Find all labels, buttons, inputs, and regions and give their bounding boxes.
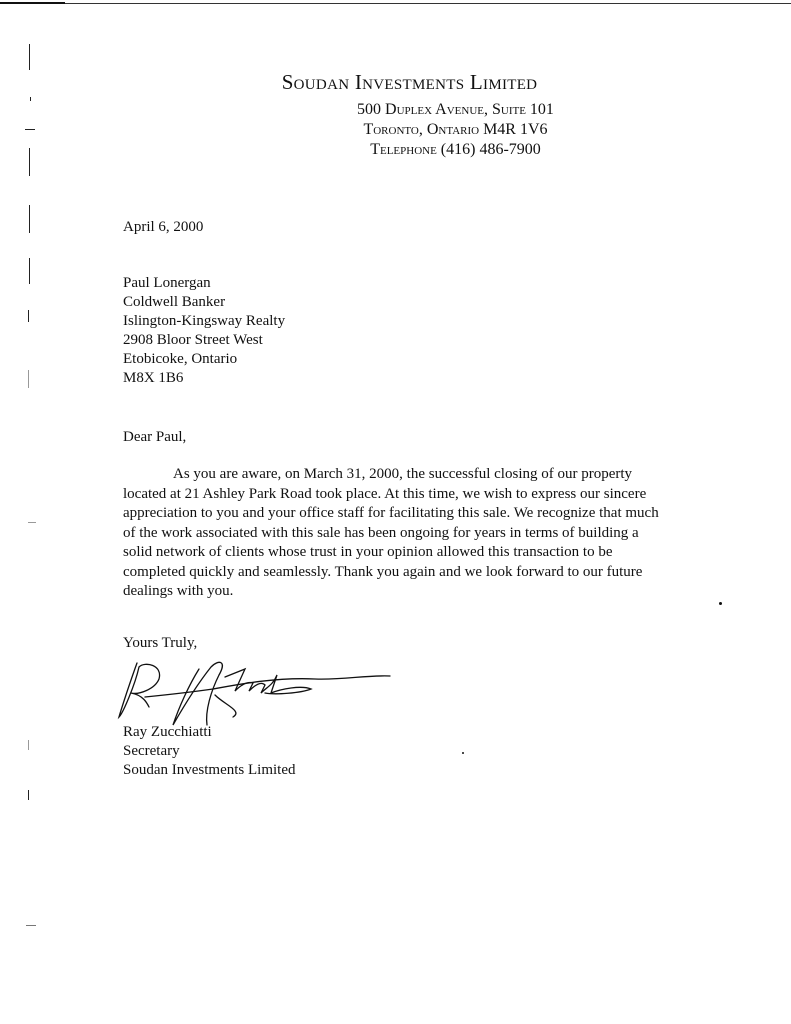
scan-top-border: [0, 3, 791, 4]
scan-margin-mark: [28, 522, 36, 523]
scan-margin-mark: [26, 925, 36, 926]
closing: Yours Truly,: [123, 634, 197, 653]
company-name: Soudan Investments Limited: [14, 70, 791, 95]
signer-name: Ray Zucchiatti: [123, 723, 295, 742]
recipient-address: Paul Lonergan Coldwell Banker Islington-…: [123, 274, 285, 388]
recipient-line: Islington-Kingsway Realty: [123, 312, 285, 331]
scan-speck: [719, 602, 722, 605]
letter-body: As you are aware, on March 31, 2000, the…: [123, 465, 659, 602]
scan-margin-mark: [25, 129, 35, 130]
company-address-line1: 500 Duplex Avenue, Suite 101: [60, 100, 791, 120]
body-line: appreciation to you and your office staf…: [123, 504, 659, 524]
signer-block: Ray Zucchiatti Secretary Soudan Investme…: [123, 723, 295, 780]
recipient-line: Coldwell Banker: [123, 293, 285, 312]
body-line: of the work associated with this sale ha…: [123, 524, 659, 544]
scan-margin-mark: [29, 148, 30, 176]
scan-margin-mark: [28, 310, 29, 322]
signer-title: Secretary: [123, 742, 295, 761]
scan-top-border-mark: [0, 2, 65, 4]
company-telephone: Telephone (416) 486-7900: [60, 140, 791, 160]
body-line: dealings with you.: [123, 582, 659, 602]
salutation: Dear Paul,: [123, 428, 186, 447]
scan-margin-mark: [28, 740, 29, 750]
letter-date: April 6, 2000: [123, 218, 203, 237]
body-line: As you are aware, on March 31, 2000, the…: [123, 465, 659, 485]
recipient-line: 2908 Bloor Street West: [123, 331, 285, 350]
body-line: completed quickly and seamlessly. Thank …: [123, 563, 659, 583]
scan-margin-mark: [29, 205, 30, 233]
recipient-line: Etobicoke, Ontario: [123, 350, 285, 369]
scan-margin-mark: [28, 370, 29, 388]
scan-margin-mark: [29, 44, 30, 70]
recipient-line: M8X 1B6: [123, 369, 285, 388]
scan-margin-mark: [28, 790, 29, 800]
scan-margin-mark: [29, 258, 30, 284]
scan-speck: [462, 752, 464, 754]
signer-organization: Soudan Investments Limited: [123, 761, 295, 780]
body-line: solid network of clients whose trust in …: [123, 543, 659, 563]
recipient-line: Paul Lonergan: [123, 274, 285, 293]
scan-margin-mark: [30, 97, 31, 101]
company-address-line2: Toronto, Ontario M4R 1V6: [60, 120, 791, 140]
body-line: located at 21 Ashley Park Road took plac…: [123, 485, 659, 505]
